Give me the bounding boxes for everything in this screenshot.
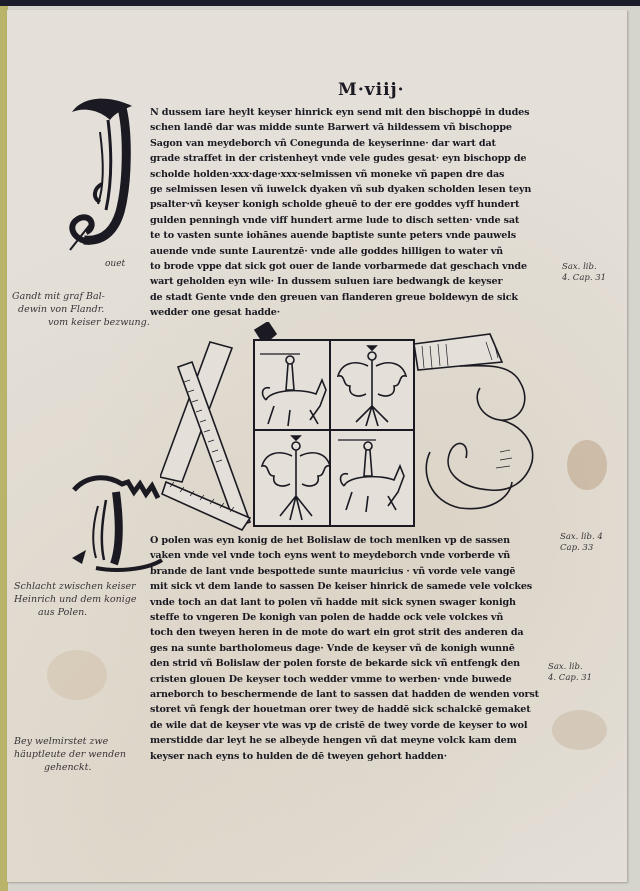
text-line: psalter·vñ keyser konigh scholde gheuē t…: [150, 197, 550, 212]
folio-number: M·viij·: [338, 80, 405, 100]
paper-stain: [567, 440, 607, 490]
marginal-note-left-mid: Schlacht zwischen keiser Heinrich und de…: [14, 580, 137, 619]
text-line: te to vasten sunte iohānes auende baptis…: [150, 228, 550, 243]
text-line: ges na sunte bartholomeus dage· Vnde de …: [150, 641, 550, 656]
text-line: auende vnde sunte Laurentzē· vnde alle g…: [150, 244, 550, 259]
text-line: keyser nach eyns to hulden de dē tweyen …: [150, 749, 550, 764]
marginal-note-line: vom keiser bezwung.: [12, 316, 150, 329]
initial-annotation: ouet: [105, 258, 125, 271]
marginal-note-line: Schlacht zwischen keiser: [14, 580, 137, 593]
text-block-section-1: N dussem iare heylt keyser hinrick eyn s…: [150, 105, 550, 321]
marginal-note-right-bottom: Sax. lib. 4. Cap. 31: [548, 662, 592, 684]
text-line: wart geholden eyn wile· In dussem suluen…: [150, 274, 550, 289]
paper-stain: [552, 710, 607, 750]
text-line: cristen glouen De keyser toch wedder vmm…: [150, 672, 550, 687]
text-line: brande de lant vnde bespottede sunte mau…: [150, 564, 550, 579]
marginal-note-right-mid: Sax. lib. 4 Cap. 33: [560, 532, 603, 554]
text-line: gulden penningh vnde viff hundert arme l…: [150, 213, 550, 228]
marginal-note-line: Cap. 33: [560, 543, 603, 554]
text-line: vnde toch an dat lant to polen vñ hadde …: [150, 595, 550, 610]
marginal-note-line: 4. Cap. 31: [548, 673, 592, 684]
text-line: N dussem iare heylt keyser hinrick eyn s…: [150, 105, 550, 120]
text-line: toch den tweyen heren in de mote do wart…: [150, 625, 550, 640]
marginal-note-line: Gandt mit graf Bal-: [12, 290, 150, 303]
text-line: vaken vnde vel vnde toch eyns went to me…: [150, 548, 550, 563]
text-line: den strid vñ Bolislaw der polen forste d…: [150, 656, 550, 671]
marginal-note-line: Sax. lib.: [548, 662, 592, 673]
text-line: scholde holden·xxx·dage·xxx·selmissen vñ…: [150, 167, 550, 182]
text-line: de stadt Gente vnde den greuen van fland…: [150, 290, 550, 305]
marginal-note-line: Bey welmirstet zwe: [14, 735, 126, 748]
marginal-note-line: häuptleute der wenden: [14, 748, 126, 761]
marginal-note-line: Heinrich und dem konige: [14, 593, 137, 606]
marginal-note-left-top: Gandt mit graf Bal- dewin von Flandr. vo…: [12, 290, 150, 329]
decorated-initial-j-icon: [62, 92, 142, 252]
text-line: storet vñ fengk der houetman orer twey d…: [150, 702, 550, 717]
text-line: mit sick vt dem lande to sassen De keise…: [150, 579, 550, 594]
paper-stain: [47, 650, 107, 700]
text-line: wedder one gesat hadde·: [150, 305, 550, 320]
text-line: to brode vppe dat sick got ouer de lande…: [150, 259, 550, 274]
text-line: de wile dat de keyser vte was vp de cris…: [150, 718, 550, 733]
text-line: schen landē dar was midde sunte Barwert …: [150, 120, 550, 135]
text-line: O polen was eyn konig de het Bolislaw de…: [150, 533, 550, 548]
marginal-note-line: dewin von Flandr.: [12, 303, 150, 316]
marginal-note-line: gehenckt.: [14, 761, 126, 774]
text-line: merstidde dar leyt he se albeyde hengen …: [150, 733, 550, 748]
text-line: grade straffet in der cristenheyt vnde v…: [150, 151, 550, 166]
marginal-note-right-top: Sax. lib. 4. Cap. 31: [562, 262, 606, 284]
marginal-note-line: Sax. lib. 4: [560, 532, 603, 543]
text-block-section-2: O polen was eyn konig de het Bolislaw de…: [150, 533, 550, 764]
text-line: steffe to vngeren De konigh van polen de…: [150, 610, 550, 625]
text-line: ge selmissen lesen vñ iuwelck dyaken vñ …: [150, 182, 550, 197]
marginal-note-left-bottom: Bey welmirstet zwe häuptleute der wenden…: [14, 735, 126, 774]
marginal-note-line: 4. Cap. 31: [562, 273, 606, 284]
marginal-note-line: aus Polen.: [14, 606, 137, 619]
coat-of-arms-woodcut: [160, 322, 560, 532]
text-line: arneborch to beschermende de lant to sas…: [150, 687, 550, 702]
text-line: Sagon van meydeborch vñ Conegunda de key…: [150, 136, 550, 151]
marginal-note-line: Sax. lib.: [562, 262, 606, 273]
